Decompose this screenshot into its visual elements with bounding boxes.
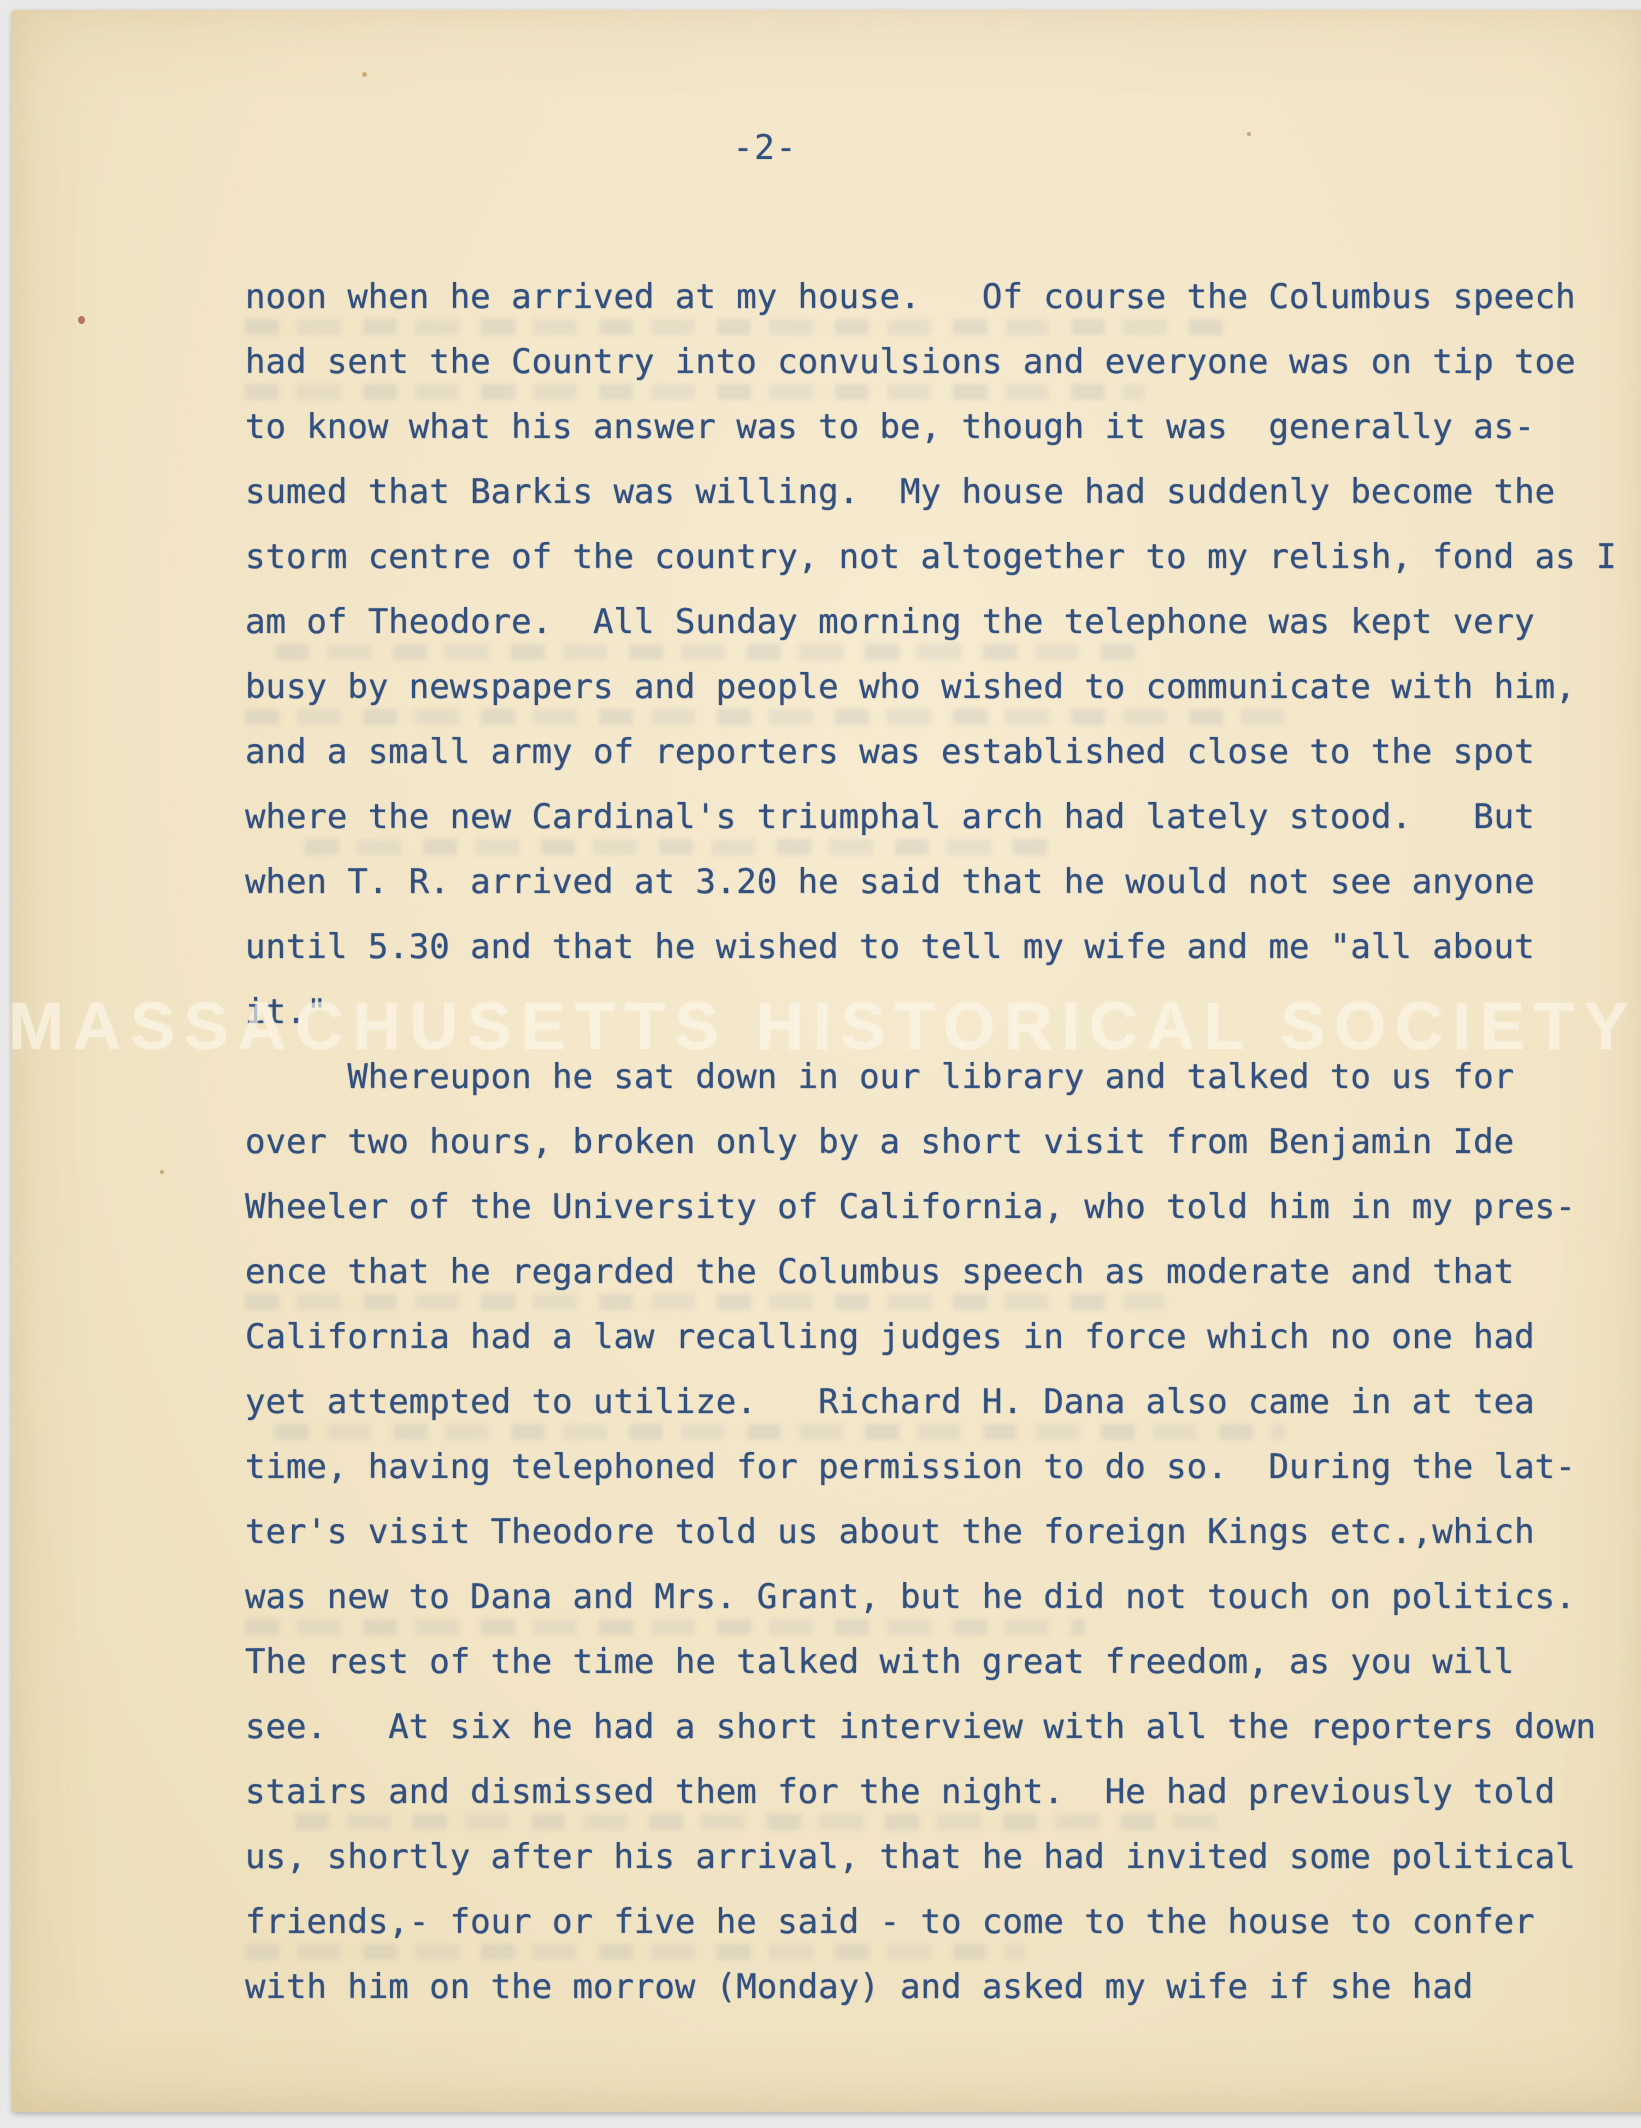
text-line: sumed that Barkis was willing. My house … <box>245 460 1630 525</box>
text-line: over two hours, broken only by a short v… <box>245 1110 1630 1175</box>
page-number: -2- <box>705 128 825 168</box>
paper-speck <box>160 1170 164 1174</box>
paper-speck <box>1247 132 1251 136</box>
typed-text-block: noon when he arrived at my house. Of cou… <box>245 265 1630 2020</box>
text-line: ence that he regarded the Columbus speec… <box>245 1240 1630 1305</box>
paper-speck <box>78 316 85 324</box>
paper-speck <box>362 72 367 77</box>
text-line: was new to Dana and Mrs. Grant, but he d… <box>245 1565 1630 1630</box>
text-line: time, having telephoned for permission t… <box>245 1435 1630 1500</box>
text-line: stairs and dismissed them for the night.… <box>245 1760 1630 1825</box>
text-line: when T. R. arrived at 3.20 he said that … <box>245 850 1630 915</box>
text-line: Whereupon he sat down in our library and… <box>245 1045 1630 1110</box>
text-line: until 5.30 and that he wished to tell my… <box>245 915 1630 980</box>
text-line: where the new Cardinal's triumphal arch … <box>245 785 1630 850</box>
text-line: us, shortly after his arrival, that he h… <box>245 1825 1630 1890</box>
text-line: had sent the Country into convulsions an… <box>245 330 1630 395</box>
text-line: and a small army of reporters was establ… <box>245 720 1630 785</box>
text-line: friends,- four or five he said - to come… <box>245 1890 1630 1955</box>
text-line: it." <box>245 980 1630 1045</box>
text-line: to know what his answer was to be, thoug… <box>245 395 1630 460</box>
text-line: yet attempted to utilize. Richard H. Dan… <box>245 1370 1630 1435</box>
text-line: with him on the morrow (Monday) and aske… <box>245 1955 1630 2020</box>
text-line: Wheeler of the University of California,… <box>245 1175 1630 1240</box>
text-line: California had a law recalling judges in… <box>245 1305 1630 1370</box>
text-line: see. At six he had a short interview wit… <box>245 1695 1630 1760</box>
text-line: noon when he arrived at my house. Of cou… <box>245 265 1630 330</box>
document-page: -2- noon when he arrived at my house. Of… <box>12 10 1641 2112</box>
text-line: storm centre of the country, not altoget… <box>245 525 1630 590</box>
text-line: ter's visit Theodore told us about the f… <box>245 1500 1630 1565</box>
text-line: am of Theodore. All Sunday morning the t… <box>245 590 1630 655</box>
text-line: The rest of the time he talked with grea… <box>245 1630 1630 1695</box>
text-line: busy by newspapers and people who wished… <box>245 655 1630 720</box>
